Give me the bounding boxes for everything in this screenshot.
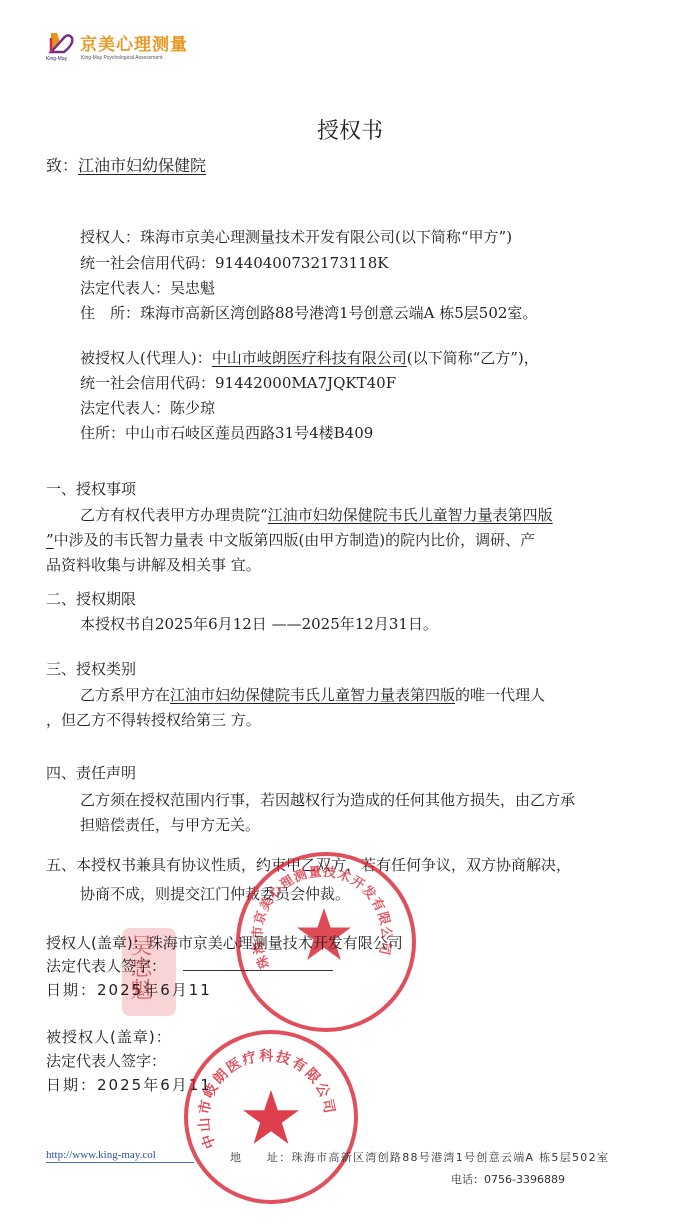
footer-address: 地 址：珠海市高新区湾创路88号港湾1号创意云端A 栋5层502室 bbox=[230, 1149, 609, 1165]
footer-tel-label: 电话： bbox=[451, 1173, 484, 1186]
grantor-rep-name: 吴忠魁 bbox=[170, 279, 215, 297]
grantor-label: 授权人： bbox=[80, 228, 140, 246]
section-1-text: 中涉及的韦氏智力量表 中文版第四版(由甲方制造)的院内比价，调研、产 bbox=[54, 531, 535, 549]
grantee-credit-line: 统一社会信用代码：91442000MA7JQKT40F bbox=[80, 376, 396, 391]
logo-mark-subtext: King-May bbox=[46, 56, 67, 62]
section-4-line-1: 乙方须在授权范围内行事，若因越权行为造成的任何其他方损失，由乙方承 bbox=[80, 793, 575, 808]
grantor-address-label: 住 所： bbox=[80, 304, 140, 322]
grantee-address-line: 住所：中山市石岐区莲员西路31号4楼B409 bbox=[80, 426, 373, 441]
grantee-name: 中山市岐朗医疗科技有限公司 bbox=[212, 349, 407, 367]
logo-chinese-name: 京美心理测量 bbox=[80, 30, 188, 55]
section-3-line-1: 乙方系甲方在江油市妇幼保健院韦氏儿童智力量表第四版的唯一代理人 bbox=[80, 688, 545, 703]
section-4-line-2: 担赔偿责任，与甲方无关。 bbox=[80, 818, 260, 833]
addressee-name: 江油市妇幼保健院 bbox=[78, 156, 206, 175]
grantee-name-line: 被授权人(代理人)：中山市岐朗医疗科技有限公司(以下简称“乙方”)， bbox=[80, 351, 539, 366]
section-2-line-1: 本授权书自2025年6月12日 ——2025年12月31日。 bbox=[80, 617, 438, 632]
grantee-address-label: 住所： bbox=[80, 424, 125, 442]
grantor-name-line: 授权人：珠海市京美心理测量技术开发有限公司(以下简称“甲方”) bbox=[80, 230, 512, 245]
company-logo: King-May 京美心理测量 King-May Psychological A… bbox=[48, 30, 198, 66]
grantee-rep-name: 陈少琼 bbox=[170, 399, 215, 417]
grantee-address: 中山市石岐区莲员西路31号4楼B409 bbox=[125, 424, 373, 442]
section-3-line-2: ，但乙方不得转授权给第三 方。 bbox=[46, 713, 261, 728]
grantor-credit-code: 91440400732173118K bbox=[215, 254, 388, 272]
section-3-heading: 三、授权类别 bbox=[46, 662, 136, 677]
grantor-credit-label: 统一社会信用代码： bbox=[80, 254, 215, 272]
grantor-date: 2025年6月11 bbox=[97, 981, 212, 999]
grantor-seal-line: 授权人(盖章)：珠海市京美心理测量技术开发有限公司 bbox=[46, 936, 403, 951]
king-may-logo-icon bbox=[48, 30, 74, 58]
grantee-rep-line: 法定代表人：陈少琼 bbox=[80, 401, 215, 416]
grantee-sign-line: 法定代表人签字： bbox=[46, 1054, 166, 1069]
grantee-seal-line: 被授权人(盖章)： bbox=[46, 1030, 172, 1045]
section-1-close-quote: ” bbox=[46, 531, 54, 549]
grantee-rep-label: 法定代表人： bbox=[80, 399, 170, 417]
website-link[interactable]: http://www.king-may.col bbox=[46, 1149, 156, 1161]
section-1-line-2: ”中涉及的韦氏智力量表 中文版第四版(由甲方制造)的院内比价，调研、产 bbox=[46, 533, 535, 548]
addressee-label: 致： bbox=[46, 156, 78, 175]
section-4-heading: 四、责任声明 bbox=[46, 766, 136, 781]
grantor-rep-label: 法定代表人： bbox=[80, 279, 170, 297]
website-link-underline bbox=[46, 1162, 194, 1163]
section-1-line-1: 乙方有权代表甲方办理贵院“江油市妇幼保健院韦氏儿童智力量表第四版 bbox=[80, 508, 553, 523]
stamp-circular-text: 中山市岐朗医疗科技有限公司 bbox=[188, 1034, 346, 1192]
svg-text:珠海市京美心理测量技术开发有限公司: 珠海市京美心理测量技术开发有限公司 bbox=[250, 864, 394, 971]
grantor-name: 珠海市京美心理测量技术开发有限公司(以下简称“甲方”) bbox=[140, 228, 512, 246]
footer-address-value: 珠海市高新区湾创路88号港湾1号创意云端A 栋5层502室 bbox=[292, 1151, 610, 1164]
addressee: 致：江油市妇幼保健院 bbox=[46, 158, 206, 174]
grantor-seal-label: 授权人(盖章)： bbox=[46, 934, 148, 952]
grantee-company-stamp: 中山市岐朗医疗科技有限公司 bbox=[184, 1030, 358, 1204]
grantor-date-line: 日期：2025年6月11 bbox=[46, 983, 212, 998]
section-3-product-name: 江油市妇幼保健院韦氏儿童智力量表第四版 bbox=[170, 686, 455, 704]
section-2-heading: 二、授权期限 bbox=[46, 592, 136, 607]
section-1-line-3: 品资料收集与讲解及相关事 宜。 bbox=[46, 558, 261, 573]
grantor-sign-line: 法定代表人签字： bbox=[46, 959, 166, 974]
footer-tel-value: 0756-3396889 bbox=[484, 1173, 565, 1186]
section-3-text-end: 的唯一代理人 bbox=[455, 686, 545, 704]
grantee-date-label: 日期： bbox=[46, 1076, 97, 1094]
svg-text:中山市岐朗医疗科技有限公司: 中山市岐朗医疗科技有限公司 bbox=[196, 1047, 338, 1151]
grantor-address-line: 住 所：珠海市高新区湾创路88号港湾1号创意云端A 栋5层502室。 bbox=[80, 306, 537, 321]
grantee-credit-label: 统一社会信用代码： bbox=[80, 374, 215, 392]
document-title: 授权书 bbox=[0, 114, 700, 145]
grantor-date-label: 日期： bbox=[46, 981, 97, 999]
grantor-credit-line: 统一社会信用代码：91440400732173118K bbox=[80, 256, 388, 271]
section-1-heading: 一、授权事项 bbox=[46, 482, 136, 497]
grantee-credit-code: 91442000MA7JQKT40F bbox=[215, 374, 396, 392]
grantee-label: 被授权人(代理人)： bbox=[80, 349, 212, 367]
section-3-text: 乙方系甲方在 bbox=[80, 686, 170, 704]
grantor-address: 珠海市高新区湾创路88号港湾1号创意云端A 栋5层502室。 bbox=[140, 304, 537, 322]
grantor-signature-line bbox=[183, 970, 333, 971]
section-1-product-name: 江油市妇幼保健院韦氏儿童智力量表第四版 bbox=[268, 506, 553, 524]
grantor-seal-name: 珠海市京美心理测量技术开发有限公司 bbox=[148, 934, 403, 952]
section-1-text: 乙方有权代表甲方办理贵院“ bbox=[80, 506, 268, 524]
grantor-rep-line: 法定代表人：吴忠魁 bbox=[80, 281, 215, 296]
logo-english-name: King-May Psychological Assessment bbox=[81, 55, 162, 61]
footer-address-label: 地 址： bbox=[230, 1151, 292, 1164]
footer-telephone: 电话：0756-3396889 bbox=[451, 1171, 565, 1187]
grantee-name-suffix: (以下简称“乙方”)， bbox=[407, 349, 539, 367]
